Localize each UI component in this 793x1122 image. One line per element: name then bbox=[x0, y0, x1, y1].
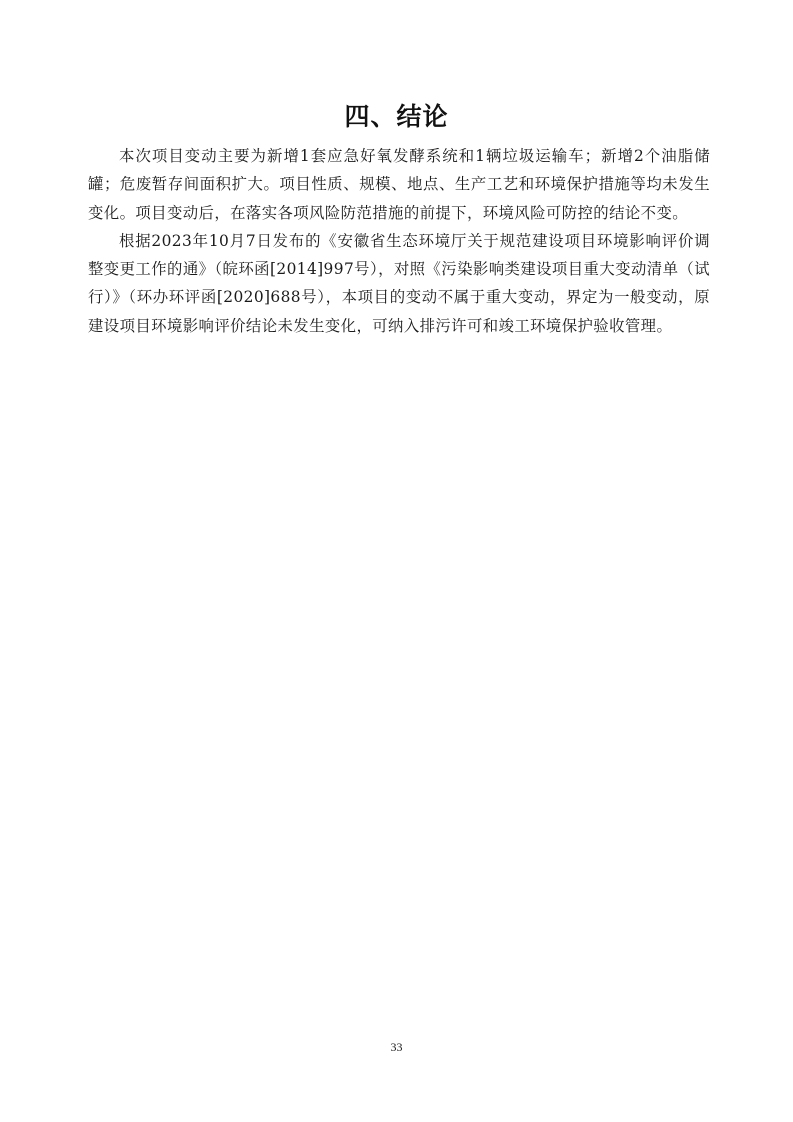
paragraph-regulatory-assessment: 根据2023年10月7日发布的《安徽省生态环境厅关于规范建设项目环境影响评价调整… bbox=[88, 227, 710, 340]
document-page: 四、结论 本次项目变动主要为新增1套应急好氧发酵系统和1辆垃圾运输车；新增2个油… bbox=[0, 0, 793, 1122]
paragraph-changes-summary: 本次项目变动主要为新增1套应急好氧发酵系统和1辆垃圾运输车；新增2个油脂储罐；危… bbox=[88, 142, 710, 227]
section-title: 四、结论 bbox=[0, 100, 793, 134]
page-number: 33 bbox=[0, 1040, 793, 1055]
conclusion-body: 本次项目变动主要为新增1套应急好氧发酵系统和1辆垃圾运输车；新增2个油脂储罐；危… bbox=[88, 142, 710, 340]
